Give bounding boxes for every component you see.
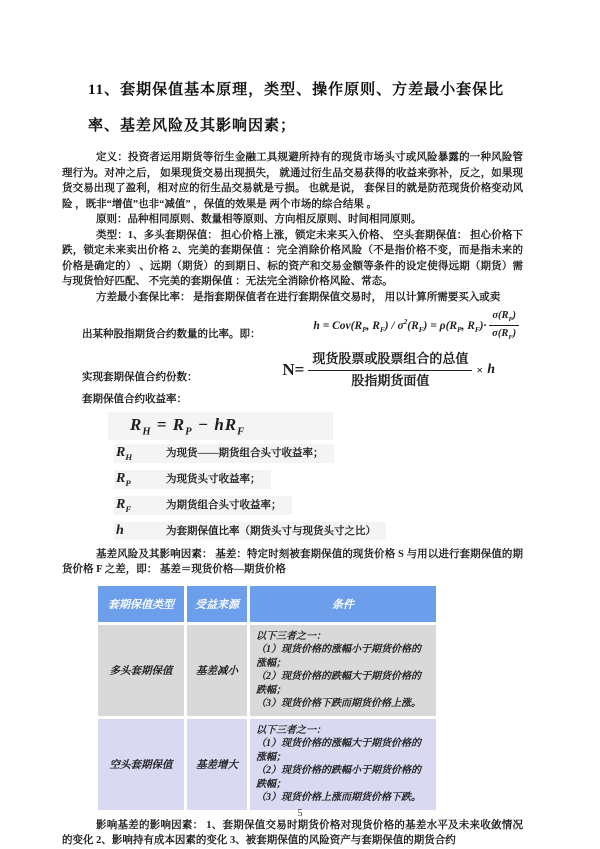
condition-line: （3）现货价格上涨而期货价格下跌。 [256,791,430,805]
variable-symbol: RH [116,445,166,462]
table-header-source: 受益来源 [187,586,247,622]
variable-description: 为期货组合头寸收益率； [166,497,282,512]
fraction-numerator: σ(RP) [489,309,519,326]
variable-symbol: RF [116,497,166,514]
condition-line: （1）现货价格的涨幅大于期货价格的涨幅； [256,737,430,764]
table-row-short-hedge: 空头套期保值 基差增大 以下三者之一： （1）现货价格的涨幅大于期货价格的涨幅；… [98,719,436,810]
return-label: 套期保值合约收益率： [62,392,523,408]
condition-line: （1）现货价格的涨幅小于期货价格的涨幅； [256,643,430,670]
basis-factors-paragraph: 影响基差的影响因素： 1、套期保值交易时期货价格对现货价格的基差水平及未来收敛情… [62,818,523,849]
page-number: 5 [0,808,600,819]
types-paragraph: 类型：1、多头套期保值： 担心价格上涨，锁定未来买入价格、 空头套期保值： 担心… [62,228,523,290]
variance-ratio-intro: 方差最小套保比率： 是指套期保值者在进行套期保值交易时， 用以计算所需要买入或卖 [62,290,523,306]
contracts-formula: N= 现货股票或股票组合的总值 股指期货面值 × h [282,350,495,389]
benefit-source-cell: 基差增大 [187,719,247,810]
variable-symbol: RP [116,471,166,488]
table-header-condition: 条件 [250,586,436,622]
hedge-type-table: 套期保值类型 受益来源 条件 多头套期保值 基差减小 以下三者之一： （1）现货… [95,583,439,813]
hedge-ratio-main: h = Cov(RP, RF) / σ2(RF) = ρ(RP, RF)· [313,318,486,334]
table-header-row: 套期保值类型 受益来源 条件 [98,586,436,622]
condition-line: （2）现货价格的跌幅小于期货价格的跌幅； [256,764,430,791]
variable-definition: RF 为期货组合头寸收益率； [114,496,292,515]
basis-risk-paragraph: 基差风险及其影响因素： 基差：特定时刻被套期保值的现货价格 S 与用以进行套期保… [62,547,523,578]
variable-definition: RH 为现货——期货组合头寸收益率； [114,444,334,463]
benefit-source-cell: 基差减小 [187,625,247,716]
portfolio-return-formula: RH = RP − hRF [108,412,333,440]
fraction-denominator: 股指期货面值 [351,371,429,390]
condition-line: （2）现货价格的跌幅大于期货价格的跌幅； [256,670,430,697]
condition-line: 以下三者之一： [256,630,430,644]
contracts-fraction: 现货股票或股票组合的总值 股指期货面值 [308,350,472,389]
definition-paragraph: 定义：投资者运用期货等衍生金融工具规避所持有的现货市场头寸或风险暴露的一种风险管… [62,150,523,212]
table-header-type: 套期保值类型 [98,586,184,622]
hedge-ratio-formula-row: 出某种股指期货合约数量的比率。即： h = Cov(RP, RF) / σ2(R… [62,307,523,342]
contracts-formula-row: 实现套期保值合约份数： N= 现货股票或股票组合的总值 股指期货面值 × h [62,350,523,389]
variance-ratio-continuation: 出某种股指期货合约数量的比率。即： [62,327,261,343]
variable-symbol: h [116,523,166,539]
condition-cell: 以下三者之一： （1）现货价格的涨幅小于期货价格的涨幅； （2）现货价格的跌幅大… [250,625,436,716]
fraction-denominator: σ(RF) [492,326,516,342]
condition-cell: 以下三者之一： （1）现货价格的涨幅大于期货价格的涨幅； （2）现货价格的跌幅小… [250,719,436,810]
hedge-type-cell: 多头套期保值 [98,625,184,716]
table-row-long-hedge: 多头套期保值 基差减小 以下三者之一： （1）现货价格的涨幅小于期货价格的涨幅；… [98,625,436,716]
variable-definition: RP 为现货头寸收益率； [114,470,271,489]
fraction-numerator: 现货股票或股票组合的总值 [308,350,472,371]
hedge-ratio-fraction: σ(RP) σ(RF) [489,309,519,342]
variable-description: 为现货——期货组合头寸收益率； [166,445,324,460]
variable-description: 为现货头寸收益率； [166,471,261,486]
variable-definition: h 为套期保值比率（期货头寸与现货头寸之比） [114,522,386,540]
hedge-ratio-formula: h = Cov(RP, RF) / σ2(RF) = ρ(RP, RF)· σ(… [313,309,523,342]
variable-description: 为套期保值比率（期货头寸与现货头寸之比） [166,523,376,538]
contracts-label: 实现套期保值合约份数： [62,370,198,390]
document-page: 11、套期保值基本原理，类型、操作原则、方差最小套保比率、基差风险及其影响因素；… [0,0,600,849]
condition-line: （3）现货价格下跌而期货价格上涨。 [256,697,430,711]
section-heading: 11、套期保值基本原理，类型、操作原则、方差最小套保比率、基差风险及其影响因素； [88,72,523,144]
principles-paragraph: 原则：品种相同原则、数量相等原则、方向相反原则、时间相同原则。 [62,212,523,228]
multiply-sign: × [476,363,483,378]
n-symbol: N= [282,360,304,380]
condition-line: 以下三者之一： [256,724,430,738]
hedge-type-cell: 空头套期保值 [98,719,184,810]
h-variable: h [487,362,495,378]
